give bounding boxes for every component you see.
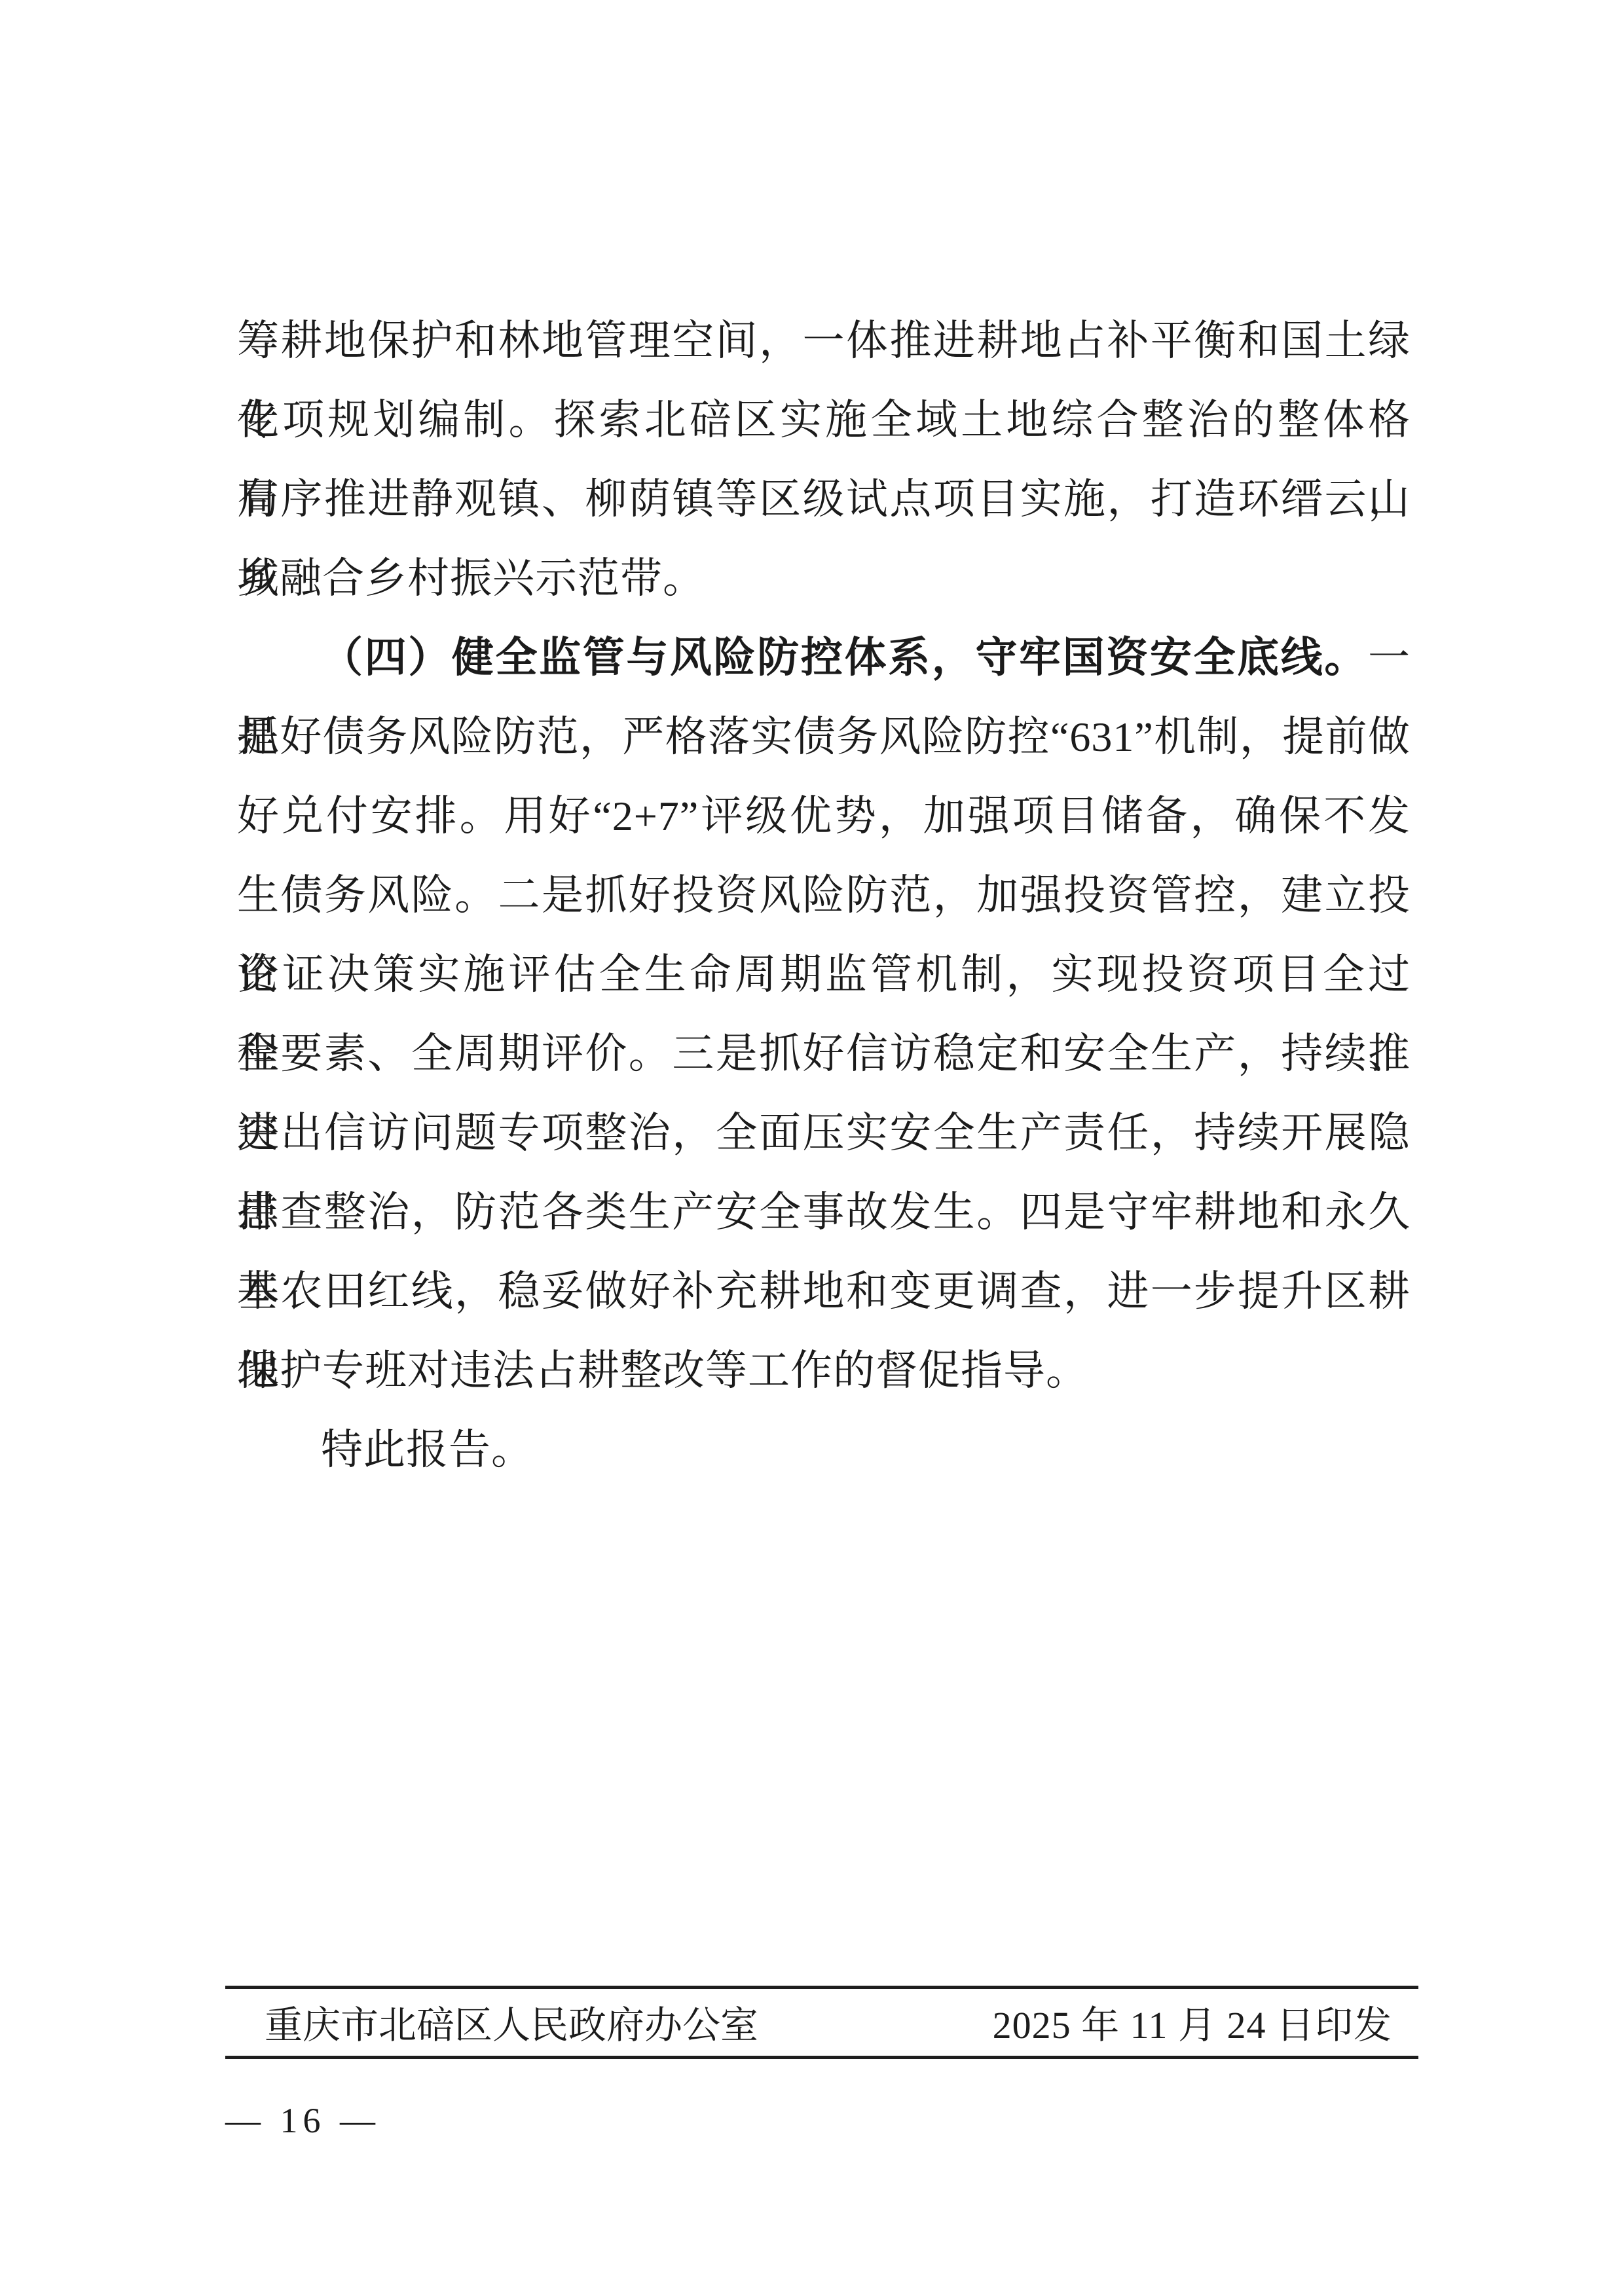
- paragraph-line: 生债务风险。二是抓好投资风险防范，加强投资管控，建立投资: [237, 856, 1411, 935]
- footer-rule-bottom: [225, 2056, 1418, 2059]
- document-page: { "colors": { "text": "#1b1b1b", "backgr…: [0, 0, 1624, 2296]
- paragraph-line: 乡融合乡村振兴示范带。: [237, 539, 1411, 618]
- footer-print-date: 2025 年 11 月 24 日印发: [993, 1994, 1392, 2049]
- paragraph-line: 保护专班对违法占耕整改等工作的督促指导。: [237, 1331, 1411, 1410]
- paragraph-line: 突出信访问题专项整治，全面压实安全生产责任，持续开展隐患: [237, 1093, 1411, 1173]
- closing-line: 特此报告。: [237, 1410, 1411, 1489]
- paragraph-line: 抓好债务风险防范，严格落实债务风险防控“631”机制，提前做: [237, 697, 1411, 776]
- paragraph-line: 本农田红线，稳妥做好补充耕地和变更调查，进一步提升区耕地: [237, 1252, 1411, 1331]
- paragraph-line: 论证决策实施评估全生命周期监管机制，实现投资项目全过程、: [237, 935, 1411, 1014]
- paragraph-line: 全要素、全周期评价。三是抓好信访稳定和安全生产，持续推进: [237, 1014, 1411, 1093]
- paragraph-line: 专项规划编制。探索北碚区实施全域土地综合整治的整体格局，: [237, 380, 1411, 460]
- page-number: — 16 —: [225, 2099, 380, 2142]
- footer-row: 重庆市北碚区人民政府办公室 2025 年 11 月 24 日印发: [225, 1989, 1418, 2054]
- paragraph-line: 排查整治，防范各类生产安全事故发生。四是守牢耕地和永久基: [237, 1173, 1411, 1252]
- paragraph-line: 有序推进静观镇、柳荫镇等区级试点项目实施，打造环缙云山城: [237, 460, 1411, 539]
- paragraph-line: 好兑付安排。用好“2+7”评级优势，加强项目储备，确保不发: [237, 776, 1411, 856]
- document-body: 筹耕地保护和林地管理空间，一体推进耕地占补平衡和国土绿化 专项规划编制。探索北碚…: [237, 301, 1411, 1489]
- footer-issuer: 重庆市北碚区人民政府办公室: [265, 1994, 758, 2049]
- section-heading-line: （四）健全监管与风险防控体系，守牢国资安全底线。一是: [237, 618, 1411, 697]
- paragraph-line: 筹耕地保护和林地管理空间，一体推进耕地占补平衡和国土绿化: [237, 301, 1411, 380]
- section-heading: （四）健全监管与风险防控体系，守牢国资安全底线。: [321, 634, 1368, 681]
